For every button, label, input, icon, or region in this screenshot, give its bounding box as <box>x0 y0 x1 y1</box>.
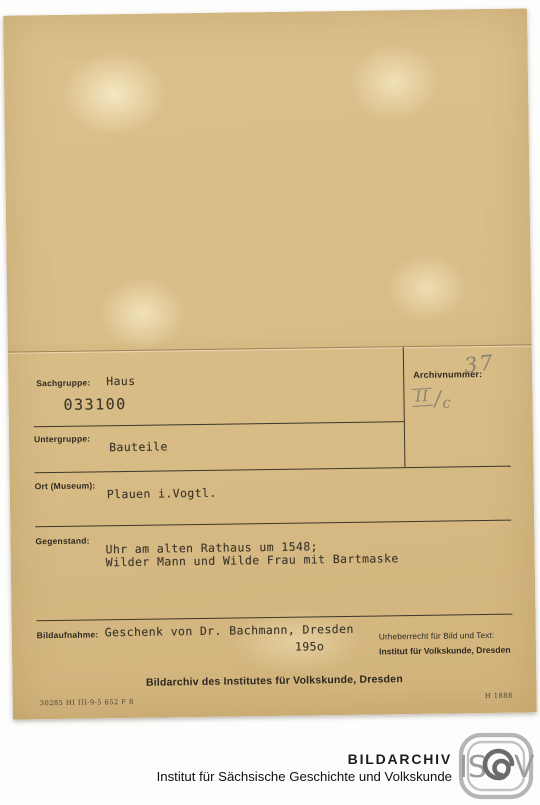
site-footer-subtitle: Institut für Sächsische Geschichte und V… <box>157 768 452 785</box>
rule-under-gegenstand <box>37 614 513 622</box>
bildaufnahme-year: 195o <box>295 639 324 653</box>
archive-card-scan: Sachgruppe: Haus 033100 Archivnummer: 37… <box>3 8 537 719</box>
card-footer-line: Bildarchiv des Institutes für Volkskunde… <box>12 671 536 690</box>
ort-label: Ort (Museum): <box>35 480 96 491</box>
gegenstand-line2: Wilder Mann und Wilde Frau mit Bartmaske <box>106 551 399 569</box>
ort-value: Plauen i.Vogtl. <box>107 486 217 502</box>
isgv-logo-text-left: IS <box>459 750 487 785</box>
copyright-block: Urheberrecht für Bild und Text: Institut… <box>379 630 511 657</box>
gegenstand-label: Gegenstand: <box>35 536 89 547</box>
archiv-code-handwritten: II / c <box>412 387 452 414</box>
isgv-logo-text-right: V <box>514 750 535 785</box>
untergruppe-label: Untergruppe: <box>34 434 90 445</box>
archiv-code-suffix: c <box>442 394 452 413</box>
bildaufnahme-label: Bildaufnahme: <box>37 629 99 640</box>
isgv-logo-icon: IS V <box>456 731 536 803</box>
archivnummer-box-divider <box>403 347 406 467</box>
isgv-logo-spiral-g <box>485 751 512 778</box>
isgv-logo: IS V <box>456 731 536 805</box>
archiv-code-slash: / <box>434 389 442 407</box>
archiv-code-roman: II <box>412 388 433 407</box>
site-footer-brand: BILDARCHIV <box>157 751 452 768</box>
untergruppe-value: Bauteile <box>109 439 168 454</box>
copyright-line2: Institut für Volkskunde, Dresden <box>379 645 511 657</box>
print-code-right: H 1888 <box>485 692 513 700</box>
copyright-line1: Urheberrecht für Bild und Text: <box>379 630 511 642</box>
sachgruppe-value: Haus <box>106 374 135 388</box>
print-code-left: 30285 HI III-9-5 652 F 8 <box>40 698 134 707</box>
inventory-number: 033100 <box>63 395 126 414</box>
archivnummer-handwritten-value: 37 <box>463 350 496 377</box>
rule-under-untergruppe <box>34 466 510 474</box>
sachgruppe-label: Sachgruppe: <box>36 378 90 389</box>
site-footer: BILDARCHIV Institut für Sächsische Gesch… <box>157 751 452 785</box>
bildaufnahme-value: Geschenk von Dr. Bachmann, Dresden <box>105 622 354 639</box>
fold-crease <box>8 344 532 352</box>
rule-under-sachgruppe <box>34 421 404 428</box>
rule-under-ort <box>35 520 511 528</box>
